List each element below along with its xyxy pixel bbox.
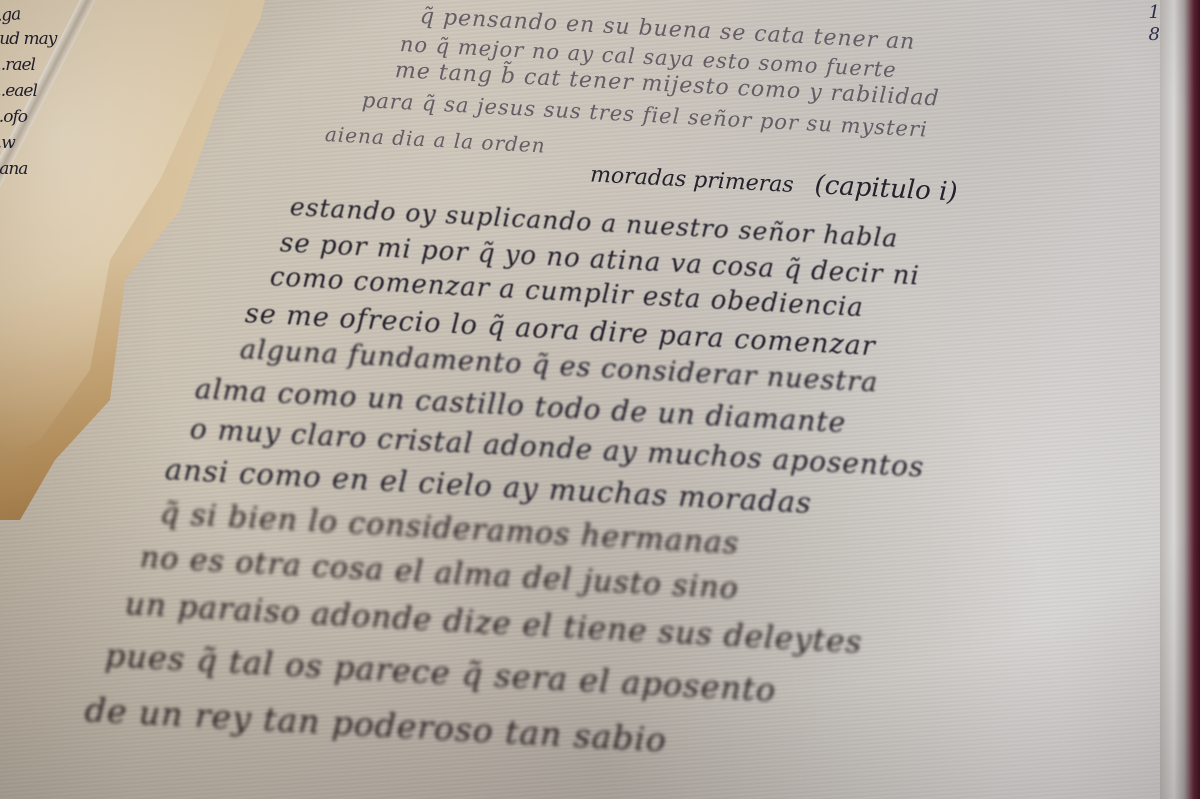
manuscript-line: aiena dia a la orden — [324, 122, 546, 158]
manuscript-line: de un rey tan poderoso tan sabio — [84, 690, 668, 759]
binding-edge — [1160, 0, 1200, 799]
heading-text: moradas primeras — [590, 162, 795, 198]
manuscript-text: q̃ pensando en su buena se cata tener an… — [0, 0, 1200, 799]
chapter-label: (capitulo i) — [814, 170, 958, 207]
manuscript-photo: ...ga ...ud may ...rael ...eael ...ofo .… — [0, 0, 1200, 799]
chapter-heading: moradas primeras (capitulo i) — [589, 158, 958, 207]
